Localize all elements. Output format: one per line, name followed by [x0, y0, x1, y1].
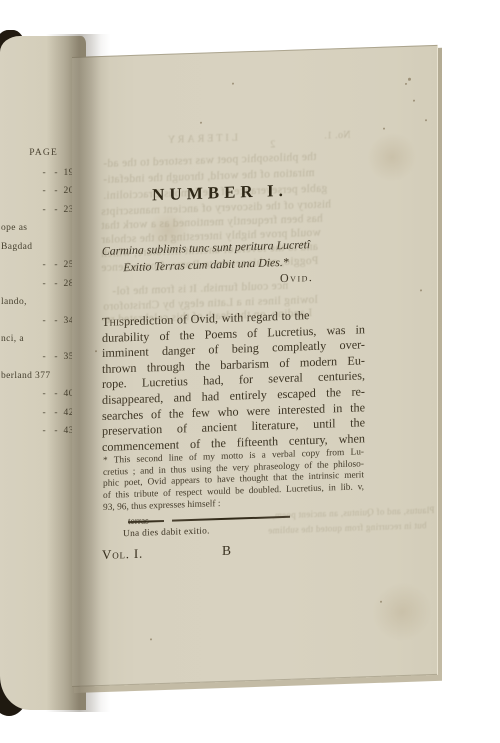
footnote: * This second line of my motto is a verb…: [103, 447, 364, 514]
epigraph-attribution: Ovid.: [280, 270, 313, 286]
lead-word: This: [102, 314, 124, 329]
bleedthrough-line: 2: [270, 139, 275, 150]
dash-rule-right: [172, 515, 290, 521]
contents-page-column-header: PAGE: [0, 148, 82, 158]
signature-mark: B: [222, 543, 231, 559]
bleedthrough-line: LITERARY: [165, 132, 238, 145]
volume-label: Vol. I.: [102, 546, 143, 563]
book-page: LITERARYNo. 1.2the philosophic poet was …: [72, 45, 438, 687]
body-text: This prediction of Ovid, with regard to …: [102, 306, 365, 455]
body-lines: durability of the Poems of Lucretius, wa…: [102, 322, 365, 455]
bleedthrough-line: No. 1.: [324, 130, 351, 142]
verse-word: terras: [128, 516, 149, 527]
bleedthrough-line: but in recurring from quoted the sublime: [268, 520, 426, 535]
book-photograph: PAGE - - 195- - 209- - 237ope asBagdad- …: [0, 0, 500, 743]
